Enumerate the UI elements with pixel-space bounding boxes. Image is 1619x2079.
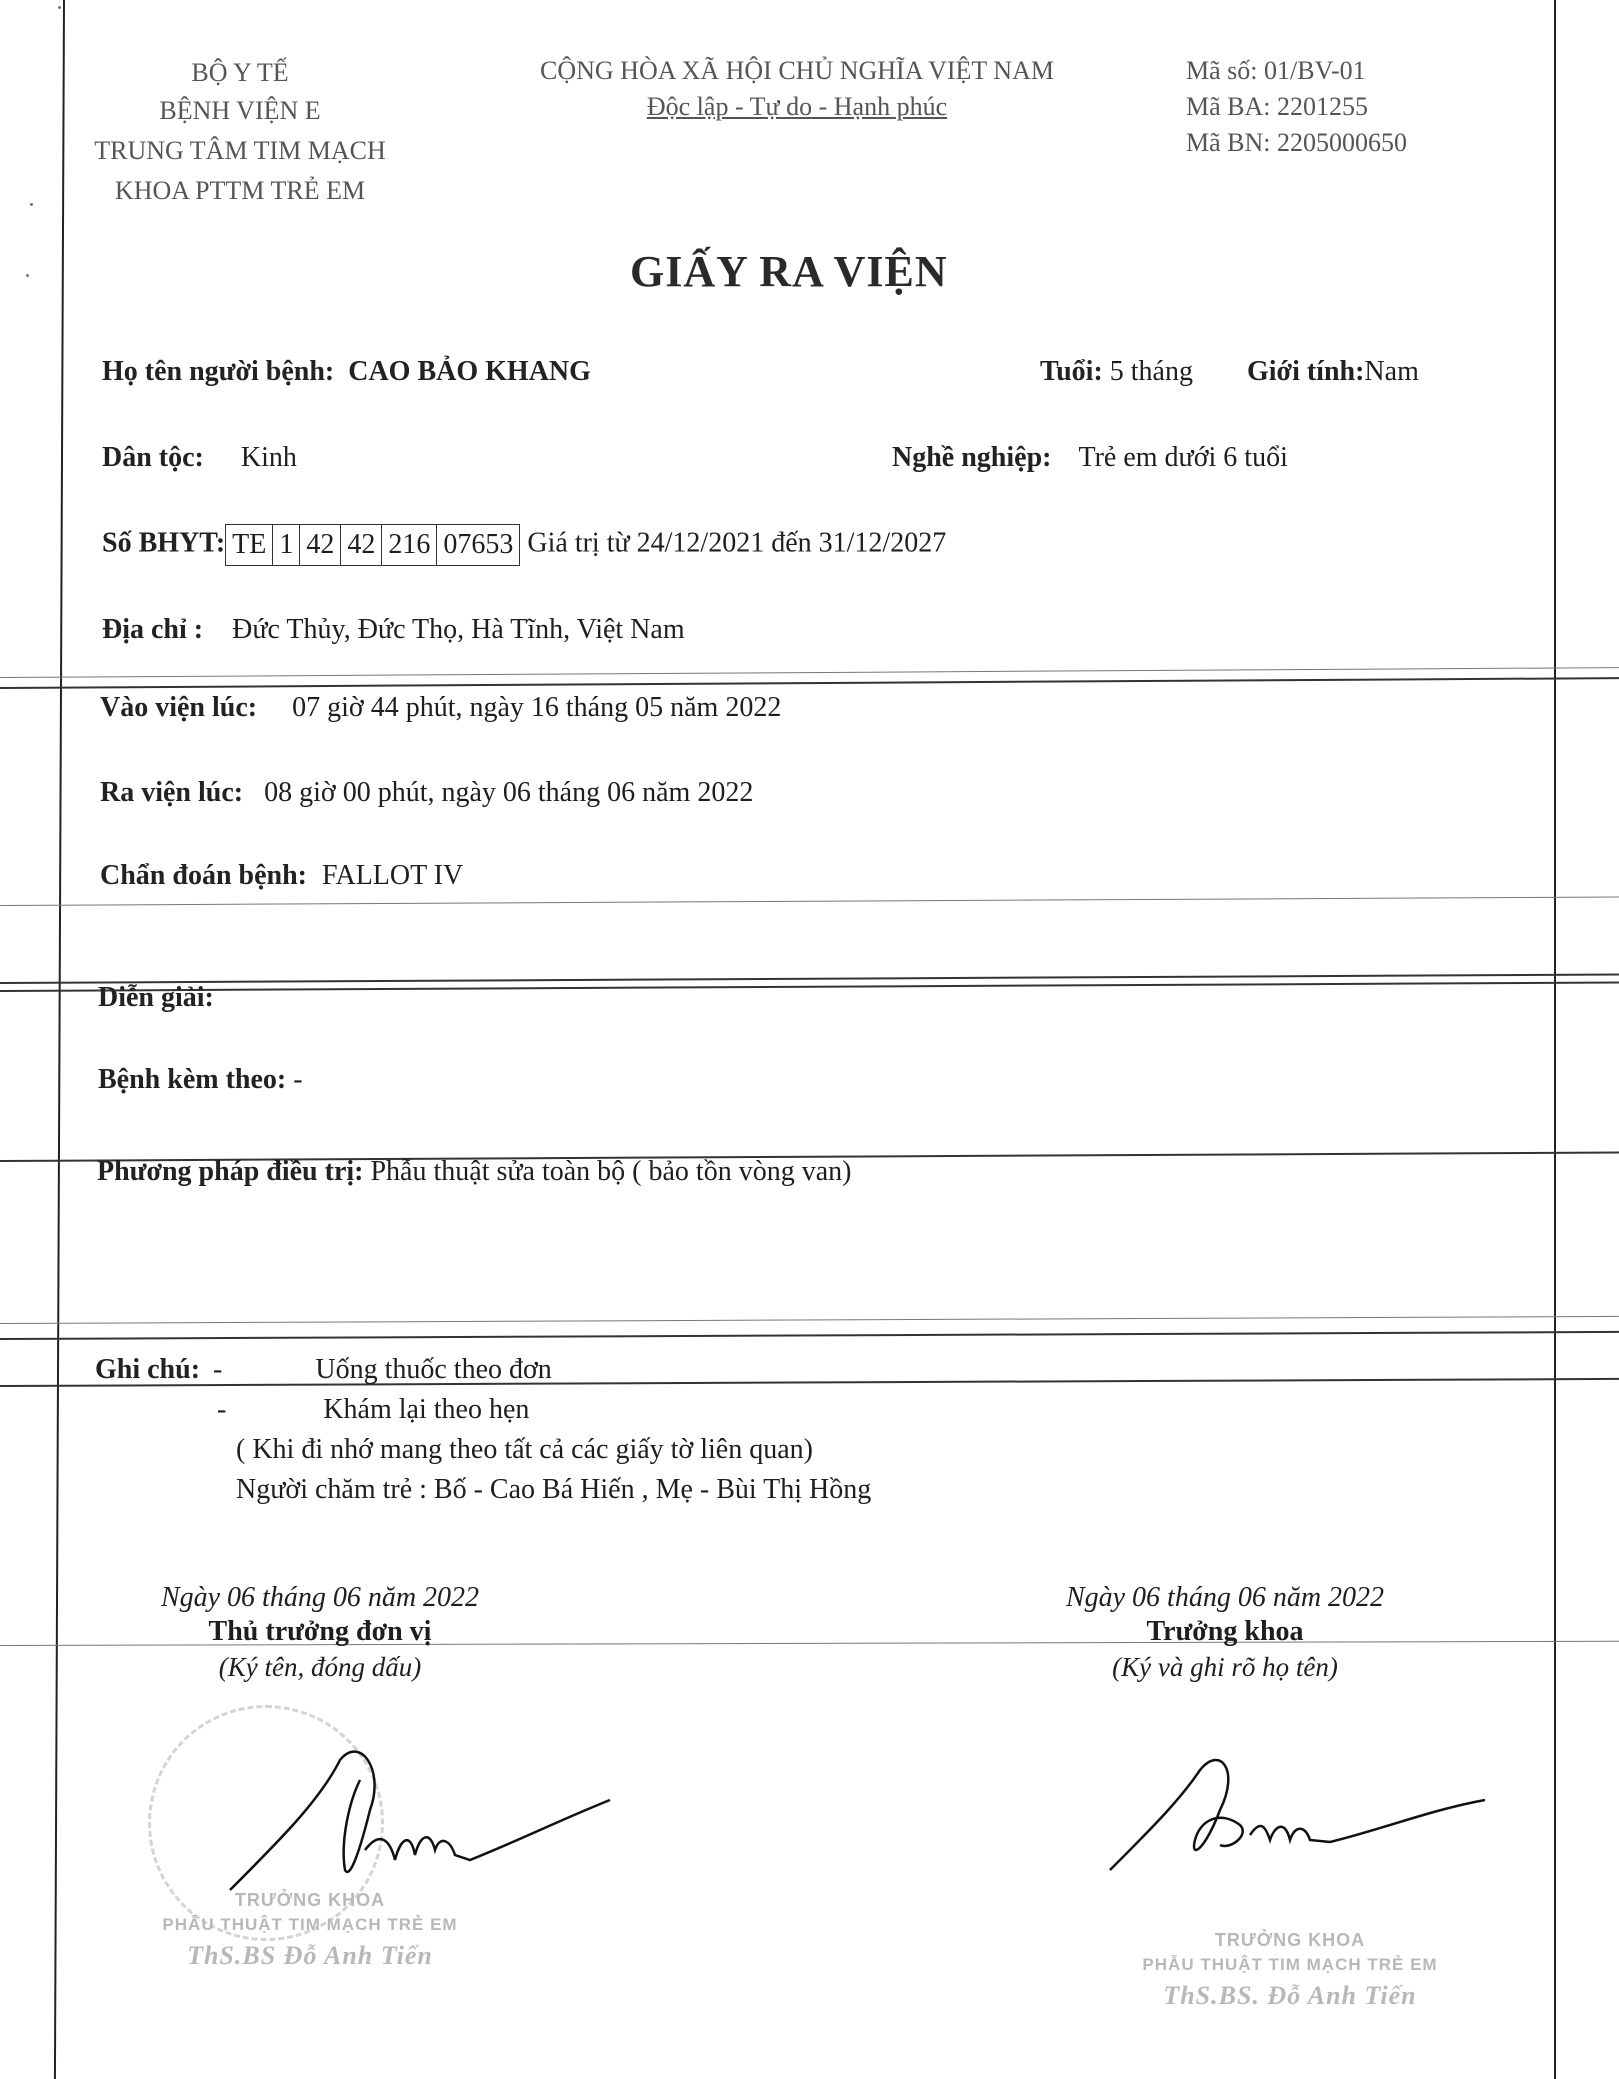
ethnicity-row: Dân tộc: Kinh: [102, 442, 297, 474]
admission-value: 07 giờ 44 phút, ngày 16 tháng 05 năm 202…: [292, 692, 781, 723]
notes-caregivers: Người chăm trẻ : Bố - Cao Bá Hiến , Mẹ -…: [95, 1470, 871, 1510]
rule-line: [0, 897, 1619, 906]
left-border: [54, 0, 65, 2079]
address-row: Địa chỉ : Đức Thủy, Đức Thọ, Hà Tĩnh, Vi…: [102, 614, 685, 646]
insurance-label: Số BHYT:: [102, 527, 225, 558]
note-text: Khám lại theo hẹn: [323, 1394, 529, 1425]
explanation-row: Diễn giải:: [98, 982, 214, 1014]
scan-speck: [30, 203, 33, 206]
treatment-row: Phương pháp điều trị: Phẫu thuật sửa toà…: [97, 1156, 851, 1188]
nation-motto: Độc lập - Tự do - Hạnh phúc: [462, 94, 1132, 120]
notes-label: Ghi chú:: [95, 1354, 200, 1385]
patient-name-row: Họ tên người bệnh: CAO BẢO KHANG: [102, 356, 591, 388]
right-signature-scribble: [1100, 1750, 1500, 1900]
code-ma-ba: Mã BA: 2201255: [1186, 94, 1407, 120]
note-text: Uống thuốc theo đơn: [315, 1354, 551, 1385]
diagnosis-row: Chẩn đoán bệnh: FALLOT IV: [100, 860, 463, 892]
patient-name-label: Họ tên người bệnh:: [102, 356, 334, 387]
insurance-cell: 216: [382, 525, 437, 565]
age-gender-row: Tuổi: 5 tháng Giới tính:Nam: [1040, 356, 1419, 388]
page-title: GIẤY RA VIỆN: [630, 246, 948, 297]
gender-label: Giới tính:: [1247, 356, 1364, 387]
code-ma-so: Mã số: 01/BV-01: [1186, 58, 1407, 84]
right-signature-date: Ngày 06 tháng 06 năm 2022: [1020, 1582, 1430, 1614]
age-value: 5 tháng: [1110, 356, 1193, 387]
diagnosis-value: FALLOT IV: [322, 860, 463, 891]
org-line: KHOA PTTM TRẺ EM: [90, 178, 390, 204]
left-signature-role: Thủ trưởng đơn vị: [120, 1616, 520, 1648]
insurance-cell: 07653: [437, 525, 519, 565]
discharge-row: Ra viện lúc: 08 giờ 00 phút, ngày 06 thá…: [100, 777, 753, 809]
patient-name: CAO BẢO KHANG: [348, 356, 591, 387]
code-ma-bn: Mã BN: 2205000650: [1186, 130, 1407, 156]
insurance-cell: 42: [341, 525, 382, 565]
discharge-label: Ra viện lúc:: [100, 777, 243, 808]
comorbid-value: -: [293, 1064, 302, 1095]
ethnicity-label: Dân tộc:: [102, 442, 204, 473]
notes-block: Ghi chú: - Uống thuốc theo đơn - Khám lạ…: [95, 1350, 871, 1510]
insurance-cell: TE: [226, 525, 273, 565]
left-stamp: TRƯỞNG KHOA PHẪU THUẬT TIM MẠCH TRẺ EM T…: [110, 1890, 510, 1971]
address-value: Đức Thủy, Đức Thọ, Hà Tĩnh, Việt Nam: [232, 614, 685, 645]
rule-line: [0, 1331, 1619, 1340]
note-item: Ghi chú: - Uống thuốc theo đơn: [95, 1350, 871, 1390]
right-stamp: TRƯỞNG KHOA PHẪU THUẬT TIM MẠCH TRẺ EM T…: [1090, 1930, 1490, 2011]
rule-line: [0, 1316, 1619, 1324]
rule-line: [0, 677, 1619, 689]
org-line: TRUNG TÂM TIM MẠCH: [90, 138, 390, 164]
gender-value: Nam: [1364, 356, 1418, 387]
admission-label: Vào viện lúc:: [100, 692, 257, 723]
nation-block: CỘNG HÒA XÃ HỘI CHỦ NGHĨA VIỆT NAM Độc l…: [462, 58, 1132, 120]
insurance-number-box: TE 1 42 42 216 07653: [225, 524, 520, 566]
occupation-value: Trẻ em dưới 6 tuổi: [1078, 442, 1287, 473]
ethnicity-value: Kinh: [241, 442, 297, 473]
treatment-value: Phẫu thuật sửa toàn bộ ( bảo tồn vòng va…: [370, 1156, 851, 1187]
insurance-cell: 1: [273, 525, 300, 565]
right-signature-block: Ngày 06 tháng 06 năm 2022 Trưởng khoa (K…: [1020, 1582, 1430, 1683]
comorbid-label: Bệnh kèm theo:: [98, 1064, 286, 1095]
org-line: BỘ Y TẾ: [90, 60, 390, 86]
diagnosis-label: Chẩn đoán bệnh:: [100, 860, 307, 891]
right-signature-note: (Ký và ghi rõ họ tên): [1020, 1652, 1430, 1683]
left-signature-date: Ngày 06 tháng 06 năm 2022: [120, 1582, 520, 1614]
notes-reminder: ( Khi đi nhớ mang theo tất cả các giấy t…: [95, 1430, 871, 1470]
treatment-label: Phương pháp điều trị:: [97, 1156, 363, 1187]
org-line: BỆNH VIỆN E: [90, 98, 390, 124]
occupation-label: Nghề nghiệp:: [892, 442, 1051, 473]
note-item: - Khám lại theo hẹn: [95, 1390, 871, 1430]
age-label: Tuổi:: [1040, 356, 1103, 387]
rule-line: [0, 982, 1619, 992]
occupation-row: Nghề nghiệp: Trẻ em dưới 6 tuổi: [892, 442, 1288, 474]
nation-title: CỘNG HÒA XÃ HỘI CHỦ NGHĨA VIỆT NAM: [462, 58, 1132, 84]
explanation-label: Diễn giải:: [98, 982, 214, 1013]
right-signature-role: Trưởng khoa: [1020, 1616, 1430, 1648]
code-block: Mã số: 01/BV-01 Mã BA: 2201255 Mã BN: 22…: [1186, 58, 1407, 156]
insurance-validity: Giá trị từ 24/12/2021 đến 31/12/2027: [527, 527, 946, 558]
insurance-cell: 42: [300, 525, 341, 565]
comorbid-row: Bệnh kèm theo: -: [98, 1064, 303, 1096]
discharge-value: 08 giờ 00 phút, ngày 06 tháng 06 năm 202…: [264, 777, 753, 808]
scan-speck: [58, 6, 61, 9]
org-block: BỘ Y TẾ BỆNH VIỆN E TRUNG TÂM TIM MẠCH K…: [90, 60, 390, 204]
left-signature-note: (Ký tên, đóng dấu): [120, 1652, 520, 1683]
insurance-row: Số BHYT: TE 1 42 42 216 07653 Giá trị từ…: [102, 524, 946, 566]
address-label: Địa chỉ :: [102, 614, 203, 645]
right-border: [1554, 0, 1556, 2079]
left-signature-block: Ngày 06 tháng 06 năm 2022 Thủ trưởng đơn…: [120, 1582, 520, 1683]
admission-row: Vào viện lúc: 07 giờ 44 phút, ngày 16 th…: [100, 692, 781, 724]
scan-speck: [26, 274, 29, 277]
rule-line: [0, 667, 1619, 678]
